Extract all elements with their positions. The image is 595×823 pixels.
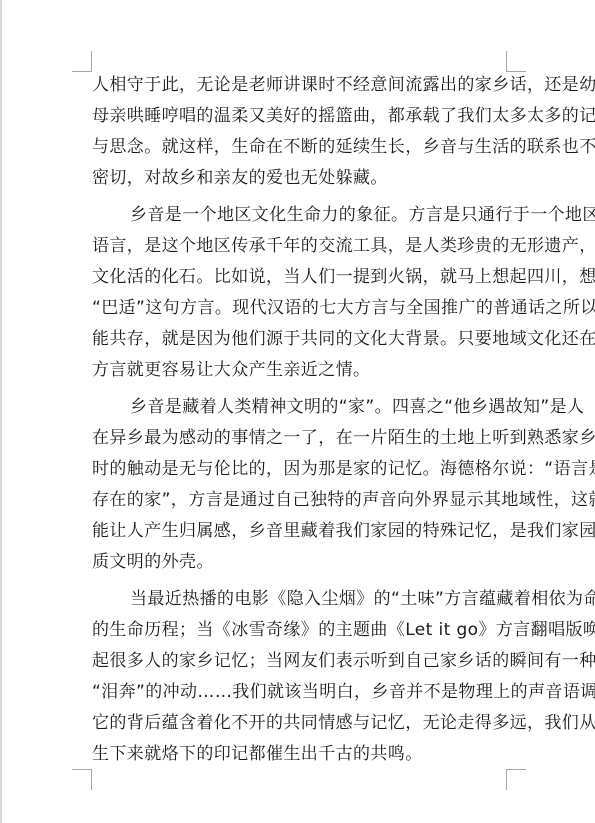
text-line: 方言就更容易让大众产生亲近之情。 [92, 355, 512, 386]
text-line: 文化活的化石。比如说，当人们一提到火锅，就马上想起四川，想到 [92, 262, 512, 293]
paragraph-2: 乡音是一个地区文化生命力的象征。方言是只通行于一个地区的 语言，是这个地区传承千… [92, 200, 512, 386]
text-line: 能让人产生归属感，乡音里藏着我们家园的特殊记忆，是我们家园物 [92, 516, 512, 547]
text-line: 语言，是这个地区传承千年的交流工具，是人类珍贵的无形遗产，是 [92, 231, 512, 262]
paragraph-1: 人相守于此，无论是老师讲课时不经意间流露出的家乡话，还是幼年 母亲哄睡哼唱的温柔… [92, 70, 512, 194]
paragraph-4: 当最近热播的电影《隐入尘烟》的“土味”方言蕴藏着相依为命 的生命历程；当《冰雪奇… [92, 584, 512, 770]
text-line: 当最近热播的电影《隐入尘烟》的“土味”方言蕴藏着相依为命 [92, 584, 512, 615]
text-line: 与思念。就这样，生命在不断的延续生长，乡音与生活的联系也不断 [92, 132, 512, 163]
text-line: 母亲哄睡哼唱的温柔又美好的摇篮曲，都承载了我们太多太多的记忆 [92, 101, 512, 132]
text-line: 时的触动是无与伦比的，因为那是家的记忆。海德格尔说：“语言是 [92, 454, 512, 485]
page-edge [0, 0, 2, 823]
text-line: 在异乡最为感动的事情之一了，在一片陌生的土地上听到熟悉家乡话 [92, 423, 512, 454]
text-line: 的生命历程；当《冰雪奇缘》的主题曲《Let it go》方言翻唱版唤 [92, 615, 512, 646]
text-line: 能共存，就是因为他们源于共同的文化大背景。只要地域文化还在， [92, 324, 512, 355]
document-body: 人相守于此，无论是老师讲课时不经意间流露出的家乡话，还是幼年 母亲哄睡哼唱的温柔… [92, 70, 512, 776]
crop-mark-top-left [72, 51, 92, 72]
text-line: 密切，对故乡和亲友的爱也无处躲藏。 [92, 163, 512, 194]
text-line: 乡音是藏着人类精神文明的“家”。四喜之“他乡遇故知”是人 [92, 392, 512, 423]
text-line: 它的背后蕴含着化不开的共同情感与记忆，无论走得多远，我们从一 [92, 708, 512, 739]
crop-mark-bottom-left [72, 769, 92, 790]
text-line: 存在的家”，方言是通过自己独特的声音向外界显示其地域性，这就 [92, 485, 512, 516]
text-line: 乡音是一个地区文化生命力的象征。方言是只通行于一个地区的 [92, 200, 512, 231]
text-line: 起很多人的家乡记忆；当网友们表示听到自己家乡话的瞬间有一种 [92, 646, 512, 677]
text-line: 生下来就烙下的印记都催生出千古的共鸣。 [92, 739, 512, 770]
crop-mark-top-right [506, 51, 526, 72]
text-line: “巴适”这句方言。现代汉语的七大方言与全国推广的普通话之所以 [92, 293, 512, 324]
text-line: “泪奔”的冲动……我们就该当明白，乡音并不是物理上的声音语调， [92, 677, 512, 708]
text-line: 质文明的外壳。 [92, 547, 512, 578]
paragraph-3: 乡音是藏着人类精神文明的“家”。四喜之“他乡遇故知”是人 在异乡最为感动的事情之… [92, 392, 512, 578]
text-line: 人相守于此，无论是老师讲课时不经意间流露出的家乡话，还是幼年 [92, 70, 512, 101]
